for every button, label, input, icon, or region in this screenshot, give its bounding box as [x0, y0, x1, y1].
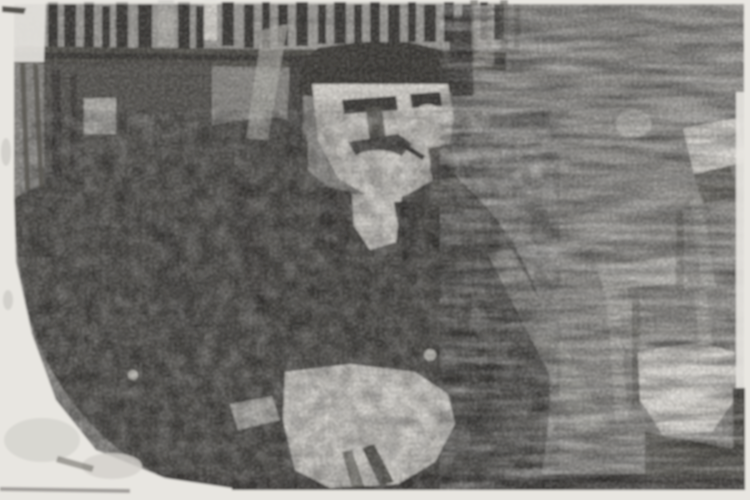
photo: [0, 0, 750, 500]
margin-smudge: [1, 138, 11, 166]
margin-smudge: [4, 418, 80, 462]
margin-smudge: [3, 290, 13, 310]
margin-top-sliver: [0, 0, 220, 4]
newspaper-photo: Elderly man in a dark karakul-style cap …: [0, 0, 750, 500]
photo-frame: Elderly man in a dark karakul-style cap …: [0, 0, 750, 500]
texture-overlays: [14, 4, 744, 490]
margin-right-wide: [736, 92, 750, 388]
photo-grain-light: [14, 4, 744, 490]
